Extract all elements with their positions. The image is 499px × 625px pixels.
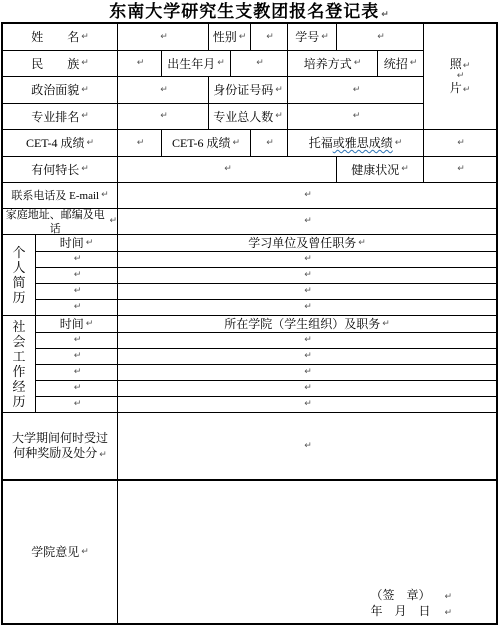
social-work-time-cell[interactable]: ↵ (36, 365, 118, 381)
resume-content-header-cell: 学习单位及曾任职务↵ (118, 235, 496, 252)
paragraph-mark: ↵ (275, 86, 283, 95)
paragraph-mark: ↵ (81, 33, 89, 42)
date-text: 年 月 日 (370, 604, 430, 618)
cet4-value-cell[interactable]: ↵ (118, 130, 162, 157)
id-number-value-cell[interactable]: ↵ (288, 77, 424, 104)
paragraph-mark: ↵ (463, 85, 471, 95)
registration-form-table: 姓 名↵ ↵ 性别↵ ↵ 学号↵ ↵ 照↵ ↵ 片↵ 民 族↵ ↵ 出生年月↵ … (1, 22, 498, 625)
date-line: 年 月 日↵ (370, 603, 452, 619)
paragraph-mark: ↵ (81, 165, 89, 174)
paragraph-mark: ↵ (304, 400, 312, 409)
paragraph-mark: ↵ (444, 592, 452, 602)
paragraph-mark: ↵ (457, 165, 465, 174)
contact-label-cell: 联系电话及 E-mail↵ (3, 183, 118, 209)
major-total-value-cell[interactable]: ↵ (288, 104, 424, 130)
paragraph-mark: ↵ (74, 400, 82, 409)
paragraph-mark: ↵ (304, 191, 312, 200)
awards-label-line1: 大学期间何时受过 (12, 431, 108, 446)
resume-time-header: 时间 (60, 236, 84, 250)
major-rank-label-cell: 专业排名↵ (3, 104, 118, 130)
social-work-section-label-cell: 社会工作经历 (3, 316, 36, 413)
social-work-section-label: 社会工作经历 (12, 319, 26, 409)
toefl-ielts-value-cell[interactable]: ↵ (424, 130, 496, 157)
paragraph-mark: ↵ (457, 72, 465, 81)
resume-time-cell[interactable]: ↵ (36, 268, 118, 284)
photo-label-top: 照↵ (450, 57, 471, 72)
resume-time-cell[interactable]: ↵ (36, 284, 118, 300)
paragraph-mark: ↵ (353, 86, 361, 95)
name-value-cell[interactable]: ↵ (118, 24, 209, 51)
paragraph-mark: ↵ (377, 33, 385, 42)
toefl-ielts-label-cell: 托福或雅思成绩↵ (288, 130, 424, 157)
social-work-content-cell[interactable]: ↵ (118, 381, 496, 397)
training-mode-value: 统招 (384, 57, 408, 71)
cet6-label-cell: CET-6 成绩↵ (162, 130, 251, 157)
paragraph-mark: ↵ (74, 255, 82, 264)
health-label-cell: 健康状况↵ (337, 157, 424, 183)
paragraph-mark: ↵ (87, 139, 95, 148)
awards-label-cell: 大学期间何时受过何种奖励及处分↵ (3, 413, 118, 480)
paragraph-mark: ↵ (74, 368, 82, 377)
paragraph-mark: ↵ (86, 320, 94, 329)
paragraph-mark: ↵ (381, 10, 390, 20)
paragraph-mark: ↵ (321, 33, 329, 42)
paragraph-mark: ↵ (74, 287, 82, 296)
paragraph-mark: ↵ (444, 608, 452, 618)
paragraph-mark: ↵ (354, 59, 362, 68)
political-status-value-cell[interactable]: ↵ (118, 77, 209, 104)
cet6-value-cell[interactable]: ↵ (251, 130, 288, 157)
resume-content-header: 学习单位及曾任职务 (248, 236, 356, 250)
training-mode-value-cell[interactable]: 统招↵ (378, 51, 424, 77)
awards-value-cell[interactable]: ↵ (118, 413, 496, 480)
paragraph-mark: ↵ (74, 271, 82, 280)
paragraph-mark: ↵ (304, 368, 312, 377)
paragraph-mark: ↵ (266, 33, 274, 42)
address-value-cell[interactable]: ↵ (118, 209, 496, 235)
social-work-time-header-cell: 时间↵ (36, 316, 118, 333)
toefl-ielts-label-underlined: 或雅思成绩 (333, 136, 393, 150)
paragraph-mark: ↵ (304, 271, 312, 280)
paragraph-mark: ↵ (74, 336, 82, 345)
awards-label: 大学期间何时受过何种奖励及处分↵ (12, 431, 108, 461)
paragraph-mark: ↵ (304, 287, 312, 296)
ethnicity-label-cell: 民 族↵ (3, 51, 118, 77)
political-status-label: 政治面貌 (31, 83, 79, 97)
resume-time-header-cell: 时间↵ (36, 235, 118, 252)
college-opinion-label-cell: 学院意见↵ (3, 480, 118, 623)
paragraph-mark: ↵ (382, 320, 390, 329)
seal-line: （签 章）↵ (370, 587, 452, 603)
paragraph-mark: ↵ (160, 112, 168, 121)
awards-label-line2: 何种奖励及处分↵ (12, 446, 108, 461)
id-number-label: 身份证号码 (213, 83, 273, 97)
gender-value-cell[interactable]: ↵ (251, 24, 288, 51)
resume-content-cell[interactable]: ↵ (118, 268, 496, 284)
paragraph-mark: ↵ (304, 217, 312, 226)
training-mode-label: 培养方式 (304, 57, 352, 71)
cet4-label-cell: CET-4 成绩↵ (3, 130, 118, 157)
paragraph-mark: ↵ (101, 191, 109, 200)
paragraph-mark: ↵ (233, 139, 241, 148)
resume-time-cell[interactable]: ↵ (36, 300, 118, 316)
social-work-time-cell[interactable]: ↵ (36, 381, 118, 397)
specialty-value-cell[interactable]: ↵ (118, 157, 337, 183)
photo-label-bottom: 片↵ (450, 81, 471, 96)
paragraph-mark: ↵ (275, 112, 283, 121)
paragraph-mark: ↵ (217, 59, 225, 68)
photo-cell[interactable]: 照↵ ↵ 片↵ (424, 24, 496, 130)
paragraph-mark: ↵ (401, 165, 409, 174)
birth-date-label-cell: 出生年月↵ (162, 51, 231, 77)
specialty-label-cell: 有何特长↵ (3, 157, 118, 183)
health-value-cell[interactable]: ↵ (424, 157, 496, 183)
social-work-time-cell[interactable]: ↵ (36, 333, 118, 349)
paragraph-mark: ↵ (81, 548, 89, 557)
paragraph-mark: ↵ (109, 217, 117, 226)
social-work-time-header: 时间 (60, 317, 84, 331)
paragraph-mark: ↵ (137, 139, 145, 148)
social-work-time-cell[interactable]: ↵ (36, 397, 118, 413)
paragraph-mark: ↵ (74, 303, 82, 312)
resume-content-cell[interactable]: ↵ (118, 284, 496, 300)
paragraph-mark: ↵ (304, 442, 312, 451)
ethnicity-value-cell[interactable]: ↵ (118, 51, 162, 77)
photo-char-top: 照 (450, 57, 462, 71)
paragraph-mark: ↵ (304, 336, 312, 345)
social-work-content-cell[interactable]: ↵ (118, 397, 496, 413)
major-rank-value-cell[interactable]: ↵ (118, 104, 209, 130)
paragraph-mark: ↵ (358, 239, 366, 248)
gender-label-cell: 性别↵ (209, 24, 251, 51)
paragraph-mark: ↵ (81, 59, 89, 68)
major-rank-label: 专业排名 (31, 110, 79, 124)
specialty-label: 有何特长 (31, 163, 79, 177)
resume-section-label-cell: 个人简历 (3, 235, 36, 316)
major-total-label: 专业总人数 (213, 110, 273, 124)
health-label: 健康状况 (351, 163, 399, 177)
name-label-cell: 姓 名↵ (3, 24, 118, 51)
resume-section-label: 个人简历 (12, 245, 26, 305)
id-number-label-cell: 身份证号码↵ (209, 77, 288, 104)
student-id-label: 学号 (295, 30, 319, 44)
paragraph-mark: ↵ (410, 59, 418, 68)
cet4-label: CET-4 成绩 (26, 136, 85, 150)
social-work-content-header-cell: 所在学院（学生组织）及职务↵ (118, 316, 496, 333)
paragraph-mark: ↵ (224, 165, 232, 174)
address-label: 家庭地址、邮编及电话 (3, 209, 107, 235)
birth-date-label: 出生年月 (167, 57, 215, 71)
paragraph-mark: ↵ (457, 139, 465, 148)
paragraph-mark: ↵ (86, 239, 94, 248)
paragraph-mark: ↵ (256, 59, 264, 68)
training-mode-label-cell: 培养方式↵ (288, 51, 378, 77)
form-title-text: 东南大学研究生支教团报名登记表 (109, 2, 379, 21)
social-work-content-header: 所在学院（学生组织）及职务 (224, 317, 380, 331)
paragraph-mark: ↵ (304, 352, 312, 361)
resume-time-cell[interactable]: ↵ (36, 252, 118, 268)
college-opinion-label: 学院意见 (31, 545, 79, 559)
student-id-value-cell[interactable]: ↵ (337, 24, 424, 51)
seal-text: （签 章） (370, 588, 430, 602)
college-opinion-value-cell[interactable]: （签 章）↵ 年 月 日↵ (118, 480, 496, 623)
resume-content-cell[interactable]: ↵ (118, 252, 496, 268)
address-label-cell: 家庭地址、邮编及电话↵ (3, 209, 118, 235)
major-total-label-cell: 专业总人数↵ (209, 104, 288, 130)
social-work-content-cell[interactable]: ↵ (118, 365, 496, 381)
political-status-label-cell: 政治面貌↵ (3, 77, 118, 104)
paragraph-mark: ↵ (304, 255, 312, 264)
social-work-content-cell[interactable]: ↵ (118, 333, 496, 349)
contact-label: 联系电话及 E-mail (11, 189, 99, 203)
paragraph-mark: ↵ (99, 450, 107, 460)
ethnicity-label: 民 族 (31, 57, 79, 71)
paragraph-mark: ↵ (81, 112, 89, 121)
photo-char-bottom: 片 (450, 81, 462, 95)
paragraph-mark: ↵ (395, 139, 403, 148)
toefl-ielts-label-prefix: 托福 (309, 136, 333, 150)
paragraph-mark: ↵ (160, 86, 168, 95)
gender-label: 性别 (213, 30, 237, 44)
paragraph-mark: ↵ (160, 33, 168, 42)
paragraph-mark: ↵ (74, 352, 82, 361)
birth-date-value-cell[interactable]: ↵ (231, 51, 288, 77)
paragraph-mark: ↵ (81, 86, 89, 95)
social-work-content-cell[interactable]: ↵ (118, 349, 496, 365)
paragraph-mark: ↵ (353, 112, 361, 121)
paragraph-mark: ↵ (239, 33, 247, 42)
paragraph-mark: ↵ (463, 61, 471, 71)
form-title: 东南大学研究生支教团报名登记表↵ (0, 0, 499, 22)
name-label: 姓 名 (31, 30, 79, 44)
paragraph-mark: ↵ (137, 59, 145, 68)
resume-content-cell[interactable]: ↵ (118, 300, 496, 316)
social-work-time-cell[interactable]: ↵ (36, 349, 118, 365)
contact-value-cell[interactable]: ↵ (118, 183, 496, 209)
paragraph-mark: ↵ (304, 303, 312, 312)
paragraph-mark: ↵ (266, 139, 274, 148)
student-id-label-cell: 学号↵ (288, 24, 337, 51)
paragraph-mark: ↵ (304, 384, 312, 393)
paragraph-mark: ↵ (74, 384, 82, 393)
cet6-label: CET-6 成绩 (172, 136, 231, 150)
